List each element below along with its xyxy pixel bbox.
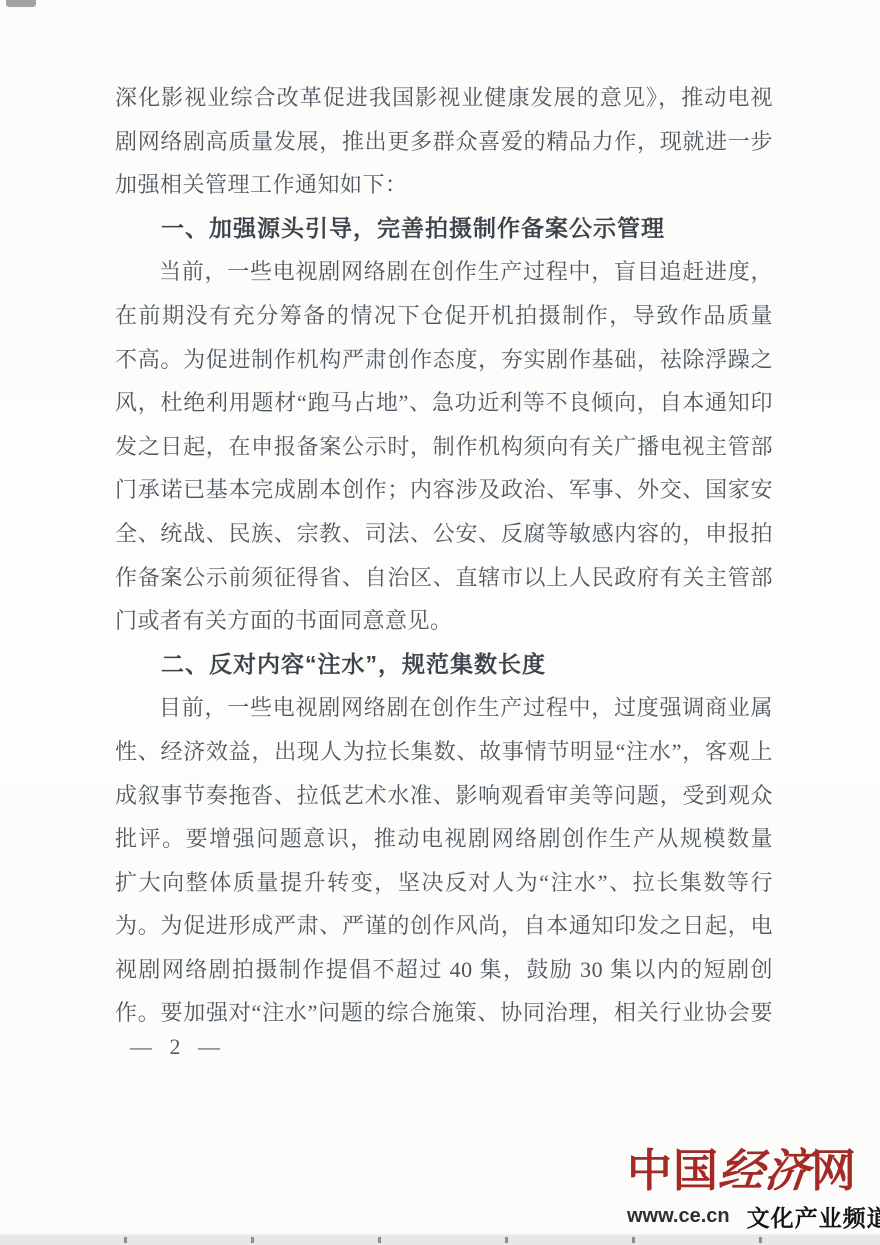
- text-line: 全、统战、民族、宗教、司法、公安、反腐等敏感内容的，申报拍摄制: [115, 512, 773, 556]
- site-logo-wordmark: 中国经济网: [627, 1145, 879, 1197]
- logo-part-script: 经济: [716, 1145, 813, 1197]
- text-line: 风，杜绝利用题材“跑马占地”、急功近利等不良倾向，自本通知印: [115, 381, 773, 425]
- text-line: 为。为促进形成严肃、严谨的创作风尚，自本通知印发之日起，电: [115, 904, 773, 948]
- text-line: 作备案公示前须征得省、自治区、直辖市以上人民政府有关主管部: [115, 556, 773, 600]
- text-line: 成叙事节奏拖沓、拉低艺术水准、影响观看审美等问题，受到观众: [115, 774, 773, 818]
- text-line: 剧网络剧高质量发展，推出更多群众喜爱的精品力作，现就进一步: [115, 120, 773, 164]
- scan-edge-strip: [0, 1234, 880, 1245]
- text-line: 不高。为促进制作机构严肃创作态度，夯实剧作基础，祛除浮躁之: [115, 338, 773, 382]
- text-line: 当前，一些电视剧网络剧在创作生产过程中，盲目追赶进度，: [115, 250, 773, 294]
- page-number: — 2 —: [130, 1034, 226, 1060]
- text-line: 发之日起，在申报备案公示时，制作机构须向有关广播电视主管部: [115, 425, 773, 469]
- scan-artifact-mark: [6, 0, 36, 7]
- channel-name: 文化产业频道: [747, 1200, 880, 1233]
- section-heading: 二、反对内容“注水”，规范集数长度: [115, 643, 773, 687]
- text-line: 在前期没有充分筹备的情况下仓促开机拍摄制作，导致作品质量: [115, 294, 773, 338]
- text-line: 扩大向整体质量提升转变，坚决反对人为“注水”、拉长集数等行: [115, 861, 773, 905]
- site-logo-subline: www.ce.cn 文化产业频道: [627, 1200, 879, 1233]
- scan-tick-marks: [0, 1237, 880, 1243]
- logo-part-block-right: 网: [811, 1145, 857, 1196]
- text-line: 视剧网络剧拍摄制作提倡不超过 40 集，鼓励 30 集以内的短剧创: [115, 948, 773, 992]
- text-line: 批评。要增强问题意识，推动电视剧网络剧创作生产从规模数量: [115, 817, 773, 861]
- text-line: 深化影视业综合改革促进我国影视业健康发展的意见》，推动电视: [115, 76, 773, 120]
- text-line: 门或者有关方面的书面同意意见。: [115, 599, 773, 643]
- site-url: www.ce.cn: [627, 1205, 730, 1228]
- scanned-document-page: 深化影视业综合改革促进我国影视业健康发展的意见》，推动电视剧网络剧高质量发展，推…: [0, 0, 880, 1245]
- site-watermark: 中国经济网 www.ce.cn 文化产业频道: [627, 1145, 879, 1233]
- logo-part-block-left: 中国: [627, 1145, 719, 1196]
- text-line: 目前，一些电视剧网络剧在创作生产过程中，过度强调商业属: [115, 686, 773, 730]
- text-line: 性、经济效益，出现人为拉长集数、故事情节明显“注水”，客观上造: [115, 730, 773, 774]
- section-heading: 一、加强源头引导，完善拍摄制作备案公示管理: [115, 207, 773, 251]
- text-line: 加强相关管理工作通知如下：: [115, 163, 773, 207]
- text-line: 作。要加强对“注水”问题的综合施策、协同治理，相关行业协会要: [115, 991, 773, 1035]
- text-line: 门承诺已基本完成剧本创作；内容涉及政治、军事、外交、国家安: [115, 468, 773, 512]
- document-body: 深化影视业综合改革促进我国影视业健康发展的意见》，推动电视剧网络剧高质量发展，推…: [115, 76, 773, 1035]
